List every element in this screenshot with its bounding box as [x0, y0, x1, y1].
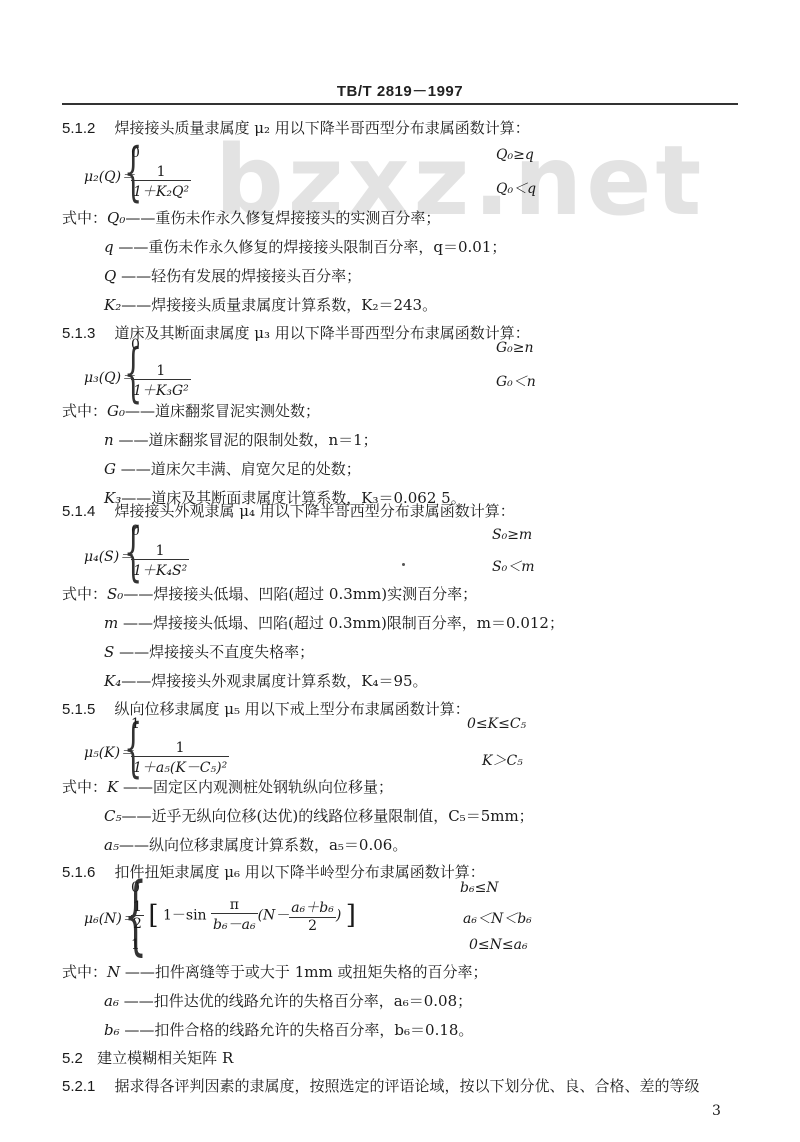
page-number: 3 [712, 1103, 721, 1119]
case-2-condition: K＞C₅ [482, 750, 523, 770]
expression-part: ) [336, 908, 341, 924]
definition-text: ——扣件离缝等于或大于 1mm 或扭矩失格的百分率； [125, 963, 488, 981]
definition-line: a₆ ——扣件达优的线路允许的失格百分率，a₆＝0.08； [104, 990, 472, 1011]
case-2-condition: G₀＜n [496, 371, 536, 391]
section-title: 据求得各评判因素的隶属度，按照选定的评语论域，按以下划分优、良、合格、差的等级 [114, 1077, 699, 1095]
definition-text: ——焊接接头不直度失格率； [119, 643, 314, 661]
standard-code-header: TB/T 2819－1997 [0, 80, 800, 101]
case-1-condition: Q₀≥q [496, 147, 534, 163]
symbol: a₅ [104, 836, 119, 854]
definition-line: n ——道床翻浆冒泥的限制处数，n＝1； [104, 429, 378, 450]
definition-text: ——道床欠丰满、肩宽欠足的处数； [121, 460, 361, 478]
case-2-fraction: 11＋K₃G² [131, 363, 191, 400]
where-label: 式中： [62, 963, 107, 981]
section-number: 5.2.1 [62, 1078, 95, 1095]
definition-line: 式中：Q₀——重伤未作永久修复焊接接头的实测百分率； [62, 207, 440, 228]
definition-line: m ——焊接接头低塌、凹陷(超过 0.3mm)限制百分率，m＝0.012； [104, 612, 564, 633]
case-1-condition: b₆≤N [460, 880, 499, 896]
where-label: 式中： [62, 585, 107, 603]
symbol: b₆ [104, 1021, 120, 1039]
fraction-denominator: 1＋K₄S² [131, 559, 189, 580]
case-1-value: 0 [131, 337, 140, 353]
header-divider [62, 103, 738, 105]
definition-text: ——近乎无纵向位移(达优)的线路位移量限制值，C₅＝5mm； [122, 807, 534, 825]
symbol: K₂ [104, 296, 121, 314]
definition-line: q ——重伤未作永久修复的焊接接头限制百分率，q＝0.01； [104, 236, 506, 257]
case-1-value: 0 [131, 145, 140, 161]
definition-line: C₅——近乎无纵向位移(达优)的线路位移量限制值，C₅＝5mm； [104, 805, 534, 826]
section-number: 5.1.2 [62, 120, 95, 137]
section-title: 建立模糊相关矩阵 R [97, 1049, 233, 1067]
definition-line: 式中：N ——扣件离缝等于或大于 1mm 或扭矩失格的百分率； [62, 961, 487, 982]
section-title: 焊接接头质量隶属度 μ₂ 用以下降半哥西型分布隶属函数计算： [114, 119, 529, 137]
definition-line: 式中：G₀——道床翻浆冒泥实测处数； [62, 400, 320, 421]
case-3-condition: 0≤N≤a₆ [469, 937, 528, 953]
symbol: n [104, 431, 114, 449]
symbol: K [107, 778, 118, 796]
symbol: a₆ [104, 992, 119, 1010]
case-2-condition: Q₀＜q [496, 178, 536, 198]
case-2-condition: a₆＜N＜b₆ [463, 908, 532, 928]
stray-dot-mark [402, 563, 405, 566]
section-5-2-heading: 5.2 建立模糊相关矩阵 R [62, 1047, 233, 1068]
symbol: G₀ [107, 402, 125, 420]
symbol: G [104, 460, 116, 478]
definition-text: ——重伤未作永久修复的焊接接头限制百分率，q＝0.01； [118, 238, 506, 256]
definition-line: K₂——焊接接头质量隶属度计算系数，K₂＝243。 [104, 294, 437, 315]
case-1-value: 0 [131, 523, 140, 539]
case-3-value: 1 [131, 937, 140, 953]
one-half: 12 [131, 899, 144, 932]
definition-text: ——轻伤有发展的焊接接头百分率； [121, 267, 361, 285]
definition-text: ——道床翻浆冒泥的限制处数，n＝1； [118, 431, 377, 449]
case-2-fraction: 11＋a₅(K－C₅)² [131, 740, 229, 777]
symbol: N [107, 963, 120, 981]
case-1-value: 0 [131, 880, 140, 896]
case-1-condition: 0≤K≤C₅ [467, 716, 526, 732]
section-number: 5.2 [62, 1050, 83, 1067]
fraction-numerator: 1 [131, 164, 191, 180]
definition-text: ——纵向位移隶属度计算系数，a₅＝0.06。 [119, 836, 407, 854]
definition-text: ——固定区内观测桩处钢轨纵向位移量； [123, 778, 393, 796]
fraction-denominator: 1＋a₅(K－C₅)² [131, 756, 229, 777]
definition-text: ——道床翻浆冒泥实测处数； [125, 402, 320, 420]
pi-fraction: πb₆－a₆ [211, 897, 258, 934]
section-number: 5.1.5 [62, 701, 95, 718]
where-label: 式中： [62, 209, 107, 227]
symbol: q [104, 238, 114, 256]
definition-text: ——重伤未作永久修复焊接接头的实测百分率； [125, 209, 440, 227]
expression-part: (N－ [258, 908, 290, 924]
section-number: 5.1.4 [62, 503, 95, 520]
case-2-condition: S₀＜m [492, 556, 534, 576]
symbol: S₀ [107, 585, 123, 603]
section-number: 5.1.3 [62, 325, 95, 342]
midpoint-fraction: a₆＋b₆2 [289, 897, 336, 934]
definition-line: S ——焊接接头不直度失格率； [104, 641, 314, 662]
fraction-numerator: 1 [131, 543, 189, 559]
fraction-denominator: 1＋K₂Q² [131, 180, 191, 201]
symbol: C₅ [104, 807, 122, 825]
symbol: m [104, 614, 118, 632]
fraction-numerator: 1 [131, 363, 191, 379]
definition-line: Q ——轻伤有发展的焊接接头百分率； [104, 265, 361, 286]
definition-line: K₄——焊接接头外观隶属度计算系数，K₄＝95。 [104, 670, 428, 691]
definition-line: b₆ ——扣件合格的线路允许的失格百分率，b₆＝0.18。 [104, 1019, 473, 1040]
left-bracket: [ [148, 901, 158, 931]
fraction-denominator: 1＋K₃G² [131, 379, 191, 400]
right-bracket: ] [346, 901, 356, 931]
definition-text: ——焊接接头低塌、凹陷(超过 0.3mm)限制百分率，m＝0.012； [123, 614, 564, 632]
case-2-fraction: 11＋K₂Q² [131, 164, 191, 201]
definition-text: ——扣件达优的线路允许的失格百分率，a₆＝0.08； [124, 992, 472, 1010]
symbol: S [104, 643, 114, 661]
fraction-numerator: 1 [131, 740, 229, 756]
case-2-fraction: 11＋K₄S² [131, 543, 189, 580]
symbol: Q [104, 267, 116, 285]
definition-text: ——扣件合格的线路允许的失格百分率，b₆＝0.18。 [124, 1021, 473, 1039]
case-1-condition: S₀≥m [492, 527, 532, 543]
definition-text: ——焊接接头质量隶属度计算系数，K₂＝243。 [121, 296, 437, 314]
where-label: 式中： [62, 778, 107, 796]
definition-line: G ——道床欠丰满、肩宽欠足的处数； [104, 458, 361, 479]
case-1-condition: G₀≥n [496, 340, 534, 356]
where-label: 式中： [62, 402, 107, 420]
definition-line: 式中：K ——固定区内观测桩处钢轨纵向位移量； [62, 776, 393, 797]
section-title: 纵向位移隶属度 μ₅ 用以下戒上型分布隶属函数计算： [114, 700, 469, 718]
case-1-value: 1 [131, 716, 140, 732]
definition-line: a₅——纵向位移隶属度计算系数，a₅＝0.06。 [104, 834, 407, 855]
symbol: K₄ [104, 672, 121, 690]
section-5-2-1-heading: 5.2.1 据求得各评判因素的隶属度，按照选定的评语论域，按以下划分优、良、合格… [62, 1075, 699, 1096]
definition-line: 式中：S₀——焊接接头低塌、凹陷(超过 0.3mm)实测百分率； [62, 583, 477, 604]
section-title: 焊接接头外观隶属 μ₄ 用以下降半哥西型分布隶属函数计算： [114, 502, 514, 520]
case-2-expression: 12 [ 1－sin πb₆－a₆(N－a₆＋b₆2) ] [131, 897, 356, 934]
expression-part: 1－sin [163, 908, 207, 924]
section-number: 5.1.6 [62, 864, 95, 881]
definition-text: ——焊接接头外观隶属度计算系数，K₄＝95。 [121, 672, 427, 690]
symbol: Q₀ [107, 209, 125, 227]
section-title: 道床及其断面隶属度 μ₃ 用以下降半哥西型分布隶属函数计算： [114, 324, 529, 342]
definition-text: ——焊接接头低塌、凹陷(超过 0.3mm)实测百分率； [123, 585, 477, 603]
section-title: 扣件扭矩隶属度 μ₆ 用以下降半岭型分布隶属函数计算： [114, 863, 484, 881]
